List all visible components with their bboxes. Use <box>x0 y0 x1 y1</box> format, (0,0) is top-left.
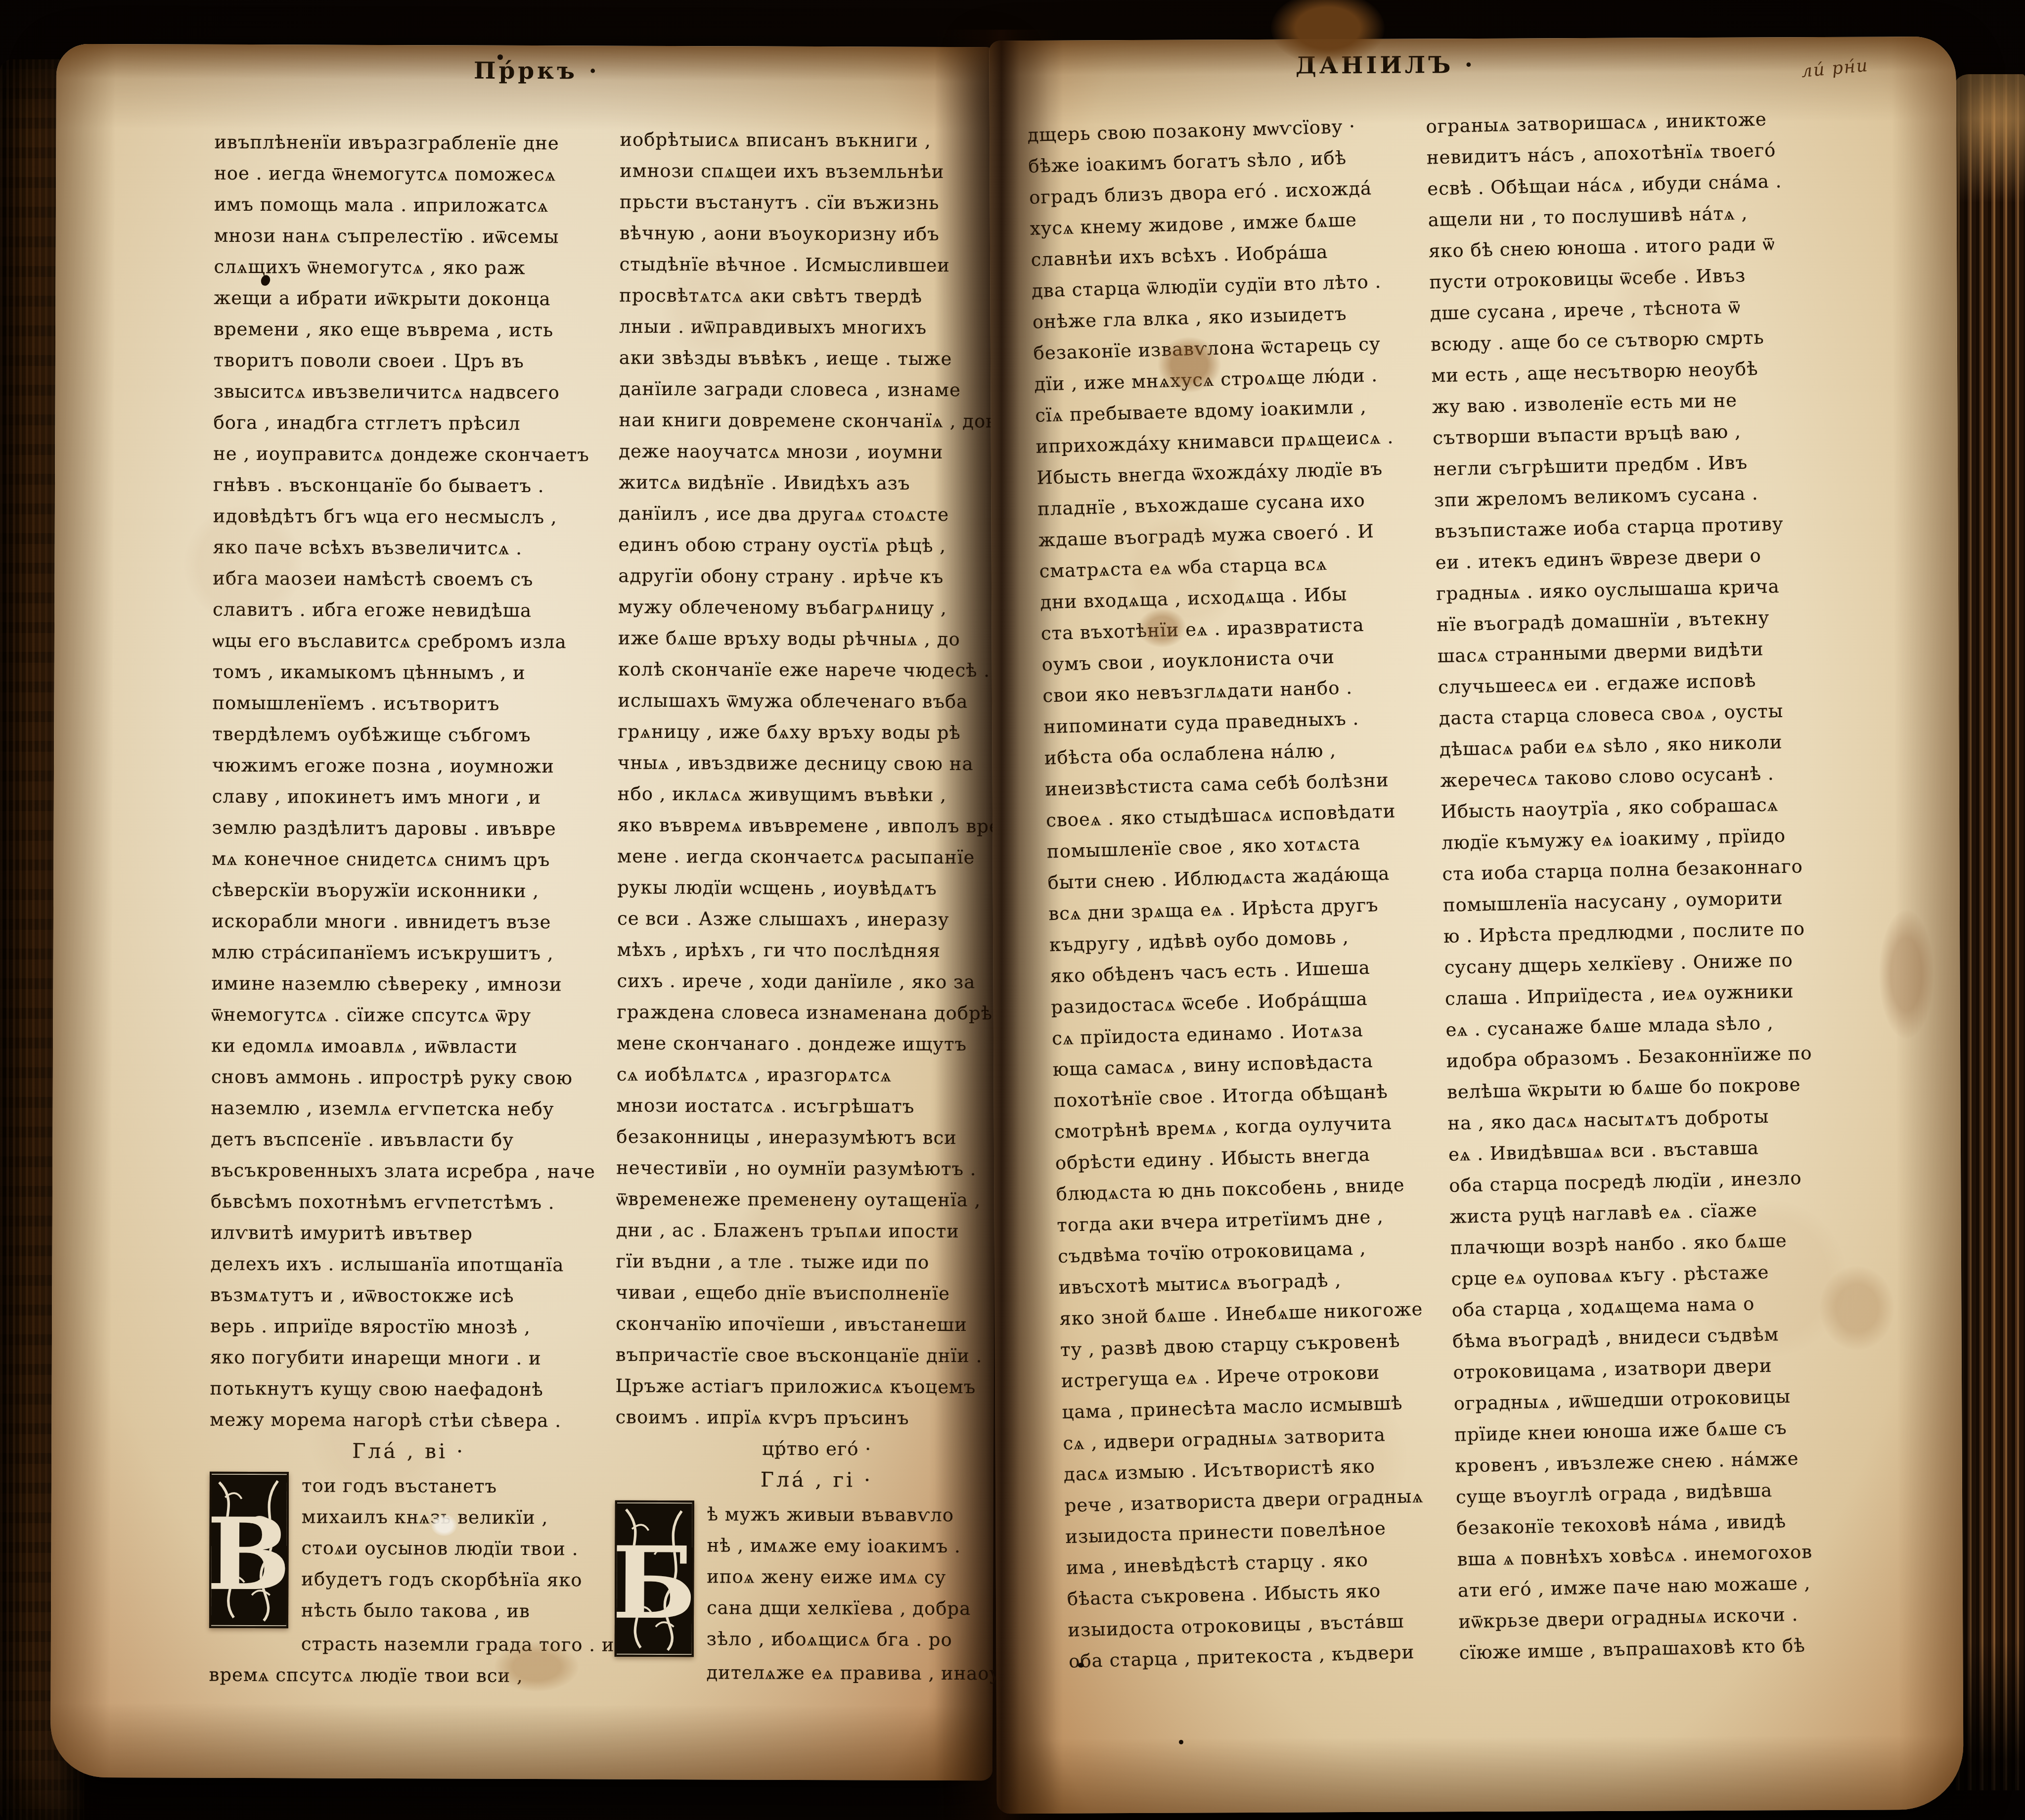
text-line: славитъ . ибга егоже невидѣша <box>213 594 611 627</box>
text-line: вѣчную , аони въоукоризну ибъ <box>620 218 1023 250</box>
text-line: яко паче всѣхъ възвеличитсѧ . <box>213 532 611 564</box>
text-line: сѧ иобѣлѧтсѧ , иразгорѧтсѧ <box>617 1059 1020 1092</box>
woodcut-vine-ornament: В <box>211 1474 287 1627</box>
text-line: делехъ ихъ . ислышанїа ипотщанїа <box>210 1248 608 1281</box>
text-line: Цръже астіагъ приложисѧ къоцемъ <box>616 1370 1019 1403</box>
text-line: колѣ скончанїе еже нарече чюдесѣ . <box>618 654 1021 686</box>
chapter-opening: Б ѣ мужъ живыи въвавѵлонѣ , имѧже ему іо… <box>615 1499 1018 1658</box>
chapter-opening: В тои годъ въстанетъмихаилъ кнѧзь великї… <box>209 1470 608 1630</box>
text-line: скончанїю ипочїеши , ивъстанеши <box>616 1308 1019 1341</box>
ink-spot <box>497 54 503 60</box>
ink-spot <box>1179 1740 1183 1744</box>
text-line: имнози спѧщеи ихъ въземльнѣи <box>620 155 1023 188</box>
text-line: чюжимъ егоже позна , иоумножи <box>212 750 610 782</box>
text-line: житсѧ видѣнїе . Ивидѣхъ азъ <box>619 467 1022 500</box>
text-line: жещи а ибрати иѿкрыти доконца <box>214 282 612 315</box>
ornate-initial-woodcut: В <box>209 1472 289 1629</box>
text-line: мѣхъ , ирѣхъ , ги что послѣдняя <box>617 934 1020 967</box>
text-line: мене скончанаго . дондеже ищутъ <box>617 1028 1020 1060</box>
text-line: искорабли многи . ивнидетъ възе <box>212 906 610 938</box>
text-line: мнози иостатсѧ . исъгрѣшатъ <box>617 1090 1020 1123</box>
text-line: просвѣтѧтсѧ аки свѣтъ твердѣ <box>619 280 1022 313</box>
text-line: граждена словеса изнаменана добрѣ <box>617 997 1020 1029</box>
text-line: гнѣвъ . въсконцанїе бо бываетъ . <box>213 469 611 502</box>
text-line: рукы людїи ѡсщень , иоувѣдѧтъ <box>617 872 1020 905</box>
svg-text:В: В <box>211 1497 287 1613</box>
column-tail-lines: страсть наземли града того . ивтовремѧ с… <box>209 1628 607 1692</box>
text-line: деже наоучатсѧ мнози , иоумни <box>619 436 1022 468</box>
ornate-initial-woodcut: Б <box>615 1501 694 1657</box>
text-line: данїилъ , исе два другаѧ стоѧсте <box>619 498 1022 531</box>
text-line: идовѣдѣтъ бгъ ѡца его несмыслъ , <box>213 500 611 533</box>
text-line: наземлю , иземлѧ егѵпетска небу <box>211 1092 609 1125</box>
text-line: землю раздѣлитъ даровы . ивъвре <box>212 812 610 845</box>
text-line: времени , яко еще въврема , исть <box>214 314 612 346</box>
text-line: единъ обою страну оустїѧ рѣцѣ , <box>618 529 1021 562</box>
text-line: имине наземлю сѣвереку , имнози <box>211 968 609 1001</box>
text-line: сихъ . ирече , ходи данїиле , яко за <box>617 965 1020 998</box>
text-line: сѣверскїи въоружїи исконники , <box>212 874 610 907</box>
text-line: ное . иегда ѿнемогутсѧ поможесѧ <box>214 158 612 190</box>
text-line: творитъ поволи своеи . Цръ въ <box>214 345 612 377</box>
text-line: стыдѣнїе вѣчное . Исмыслившеи <box>619 249 1022 281</box>
text-line: въпричастїе свое въсконцанїе днїи . <box>616 1339 1019 1372</box>
text-line: нбо , иклѧсѧ живущимъ въвѣки , <box>618 778 1021 811</box>
column-lines: иобрѣтыисѧ вписанъ въкниги ,имнози спѧще… <box>615 124 1023 1434</box>
text-line: твердѣлемъ оубѣжище събгомъ <box>212 719 610 751</box>
text-line: своимъ . ипрїѧ кѵръ пръсинъ <box>615 1402 1018 1434</box>
chapter-heading: Гла́ , ві · <box>210 1435 608 1471</box>
text-line: ивъплѣненїи ивъразграбленїе дне <box>214 127 612 159</box>
text-line: нечестивїи , но оумнїи разумѣютъ . <box>616 1152 1019 1185</box>
text-line: мужу облеченому въбагрѧницу , <box>618 591 1021 624</box>
handwritten-folio-number: ли́ рн́и <box>1800 56 1869 82</box>
text-line: млю стрáсипанїемъ исъкрушитъ , <box>212 937 610 969</box>
right-page-column-1: дщерь свою позакону мѡѵсїову ·бѣже іоаки… <box>1027 109 1462 1677</box>
column-tail-lines: дителѧже еѧ правива , инаоучиста <box>615 1657 1018 1689</box>
text-line: страсть наземли града того . ивто <box>209 1628 607 1661</box>
text-line: иобрѣтыисѧ вписанъ въкниги , <box>620 124 1023 157</box>
text-line: мнози нанѧ съпрелестїю . иѿсемы <box>214 220 612 253</box>
text-line: верь . иприїде вяростїю мнозѣ , <box>210 1311 608 1343</box>
right-page-column-2: ограныѧ затворишасѧ , иниктоженевидитъ н… <box>1426 102 1858 1669</box>
column-lines: дщерь свою позакону мѡѵсїову ·бѣже іоаки… <box>1027 109 1462 1677</box>
text-line: детъ въспсенїе . ивъвласти бу <box>211 1124 609 1156</box>
text-line: ки едомлѧ имоавлѧ , иѿвласти <box>211 1030 609 1063</box>
text-line: се вси . Азже слышахъ , инеразу <box>617 903 1020 936</box>
text-line: безаконницы , инеразумѣютъ вси <box>616 1121 1019 1154</box>
text-line: чиваи , ещебо днїе въисполненїе <box>616 1277 1019 1310</box>
text-line: дителѧже еѧ правива , инаоучиста <box>615 1657 1018 1689</box>
text-line: въсъкровенныхъ злата исребра , наче <box>211 1155 609 1187</box>
text-line: сновъ аммонь . ипрострѣ руку свою <box>211 1061 609 1094</box>
text-line: межу морема нагорѣ стѣи сѣвера . <box>210 1404 608 1437</box>
woodcut-vine-ornament: Б <box>617 1502 692 1655</box>
text-line: ислышахъ ѿмужа облеченаго въба <box>618 685 1021 718</box>
paragraph-end-line: цр́тво егó · <box>615 1433 1018 1465</box>
text-line: прьсти въстанутъ . сїи въжизнь <box>620 186 1023 219</box>
text-line: бога , инадбга стглетъ прѣсил <box>213 407 611 440</box>
text-line: аки звѣзды въвѣкъ , иеще . тыже <box>619 342 1022 375</box>
text-line: чныѧ , ивъздвиже десницу свою на <box>618 747 1021 780</box>
text-line: дни , ас . Блаженъ тръпѧи ипости <box>616 1215 1019 1247</box>
text-line: томъ , икамыкомъ цѣннымъ , и <box>213 656 611 689</box>
text-line: мѧ конечное снидетсѧ снимъ цръ <box>212 843 610 876</box>
left-page: Пр́ркъ · ивъплѣненїи ивъразграбленїе дне… <box>50 44 998 1781</box>
text-line: потькнутъ кущу свою наефадонѣ <box>210 1373 608 1406</box>
text-line: не , иоуправитсѧ дондеже скончаетъ <box>213 438 611 471</box>
svg-text:Б: Б <box>617 1525 692 1642</box>
text-line: имъ помощь мала . иприложатсѧ <box>214 189 612 222</box>
text-line: ѡцы его въславитсѧ сребромъ изла <box>213 625 611 658</box>
text-line: данїиле загради словеса , изнаме <box>619 373 1022 406</box>
column-lines: ограныѧ затворишасѧ , иниктоженевидитъ н… <box>1426 102 1858 1669</box>
text-line: ѿвременеже пременену оутащенїа , <box>616 1183 1019 1216</box>
right-page: ДАНІИЛЪ · ли́ рн́и дщерь свою позакону м… <box>989 37 1964 1814</box>
text-line: адругїи обону страну . ирѣче къ <box>618 560 1021 593</box>
running-header-right: ДАНІИЛЪ · <box>1296 51 1476 80</box>
text-line: славу , ипокинетъ имъ многи , и <box>212 781 610 814</box>
text-line: яко въвремѧ ивъвремене , ивполъ вре <box>618 810 1021 842</box>
text-line: бьвсѣмъ похотнѣмъ егѵпетстѣмъ . <box>211 1186 609 1219</box>
text-line: яко погубити инарещи многи . и <box>210 1342 608 1374</box>
chapter-heading: Гла́ , гі · <box>615 1464 1018 1500</box>
text-line: ѿнемогутсѧ . сїиже спсутсѧ ѿру <box>211 999 609 1032</box>
ink-spot <box>1078 1663 1084 1668</box>
text-line: звыситсѧ ивъзвеличитсѧ надвсего <box>214 376 612 409</box>
text-line: иже бѧше връху воды рѣчныѧ , до <box>618 623 1021 655</box>
text-line: слѧщихъ ѿнемогутсѧ , яко раж <box>214 251 612 284</box>
text-line: илѵвитѣ имуритѣ ивътвер <box>211 1217 609 1250</box>
open-book-photo: Пр́ркъ · ивъплѣненїи ивъразграбленїе дне… <box>0 0 2025 1820</box>
text-line: възмѧтутъ и , иѿвостокже исѣ <box>210 1279 608 1312</box>
left-page-column-2: иобрѣтыисѧ вписанъ въкниги ,имнози спѧще… <box>615 124 1023 1689</box>
text-line: наи книги довремене скончанїѧ , дон <box>619 405 1022 437</box>
text-line: ибга маозеи намѣстѣ своемъ съ <box>213 563 611 595</box>
text-line: помышленїемъ . исътворитъ <box>212 687 610 720</box>
column-lines: ивъплѣненїи ивъразграбленїе дненое . иег… <box>210 127 612 1437</box>
left-page-column-1: ивъплѣненїи ивъразграбленїе дненое . иег… <box>209 127 613 1692</box>
text-line: времѧ спсутсѧ людїе твои вси , <box>209 1659 607 1692</box>
text-line: лныи . иѿправдивыхъ многихъ <box>619 311 1022 344</box>
text-line: мене . иегда скончаетсѧ расыпанїе <box>617 841 1020 873</box>
text-line: гїи въдни , а тле . тыже иди по <box>616 1246 1019 1278</box>
running-header-left: Пр́ркъ · <box>474 57 600 85</box>
text-line: грѧницу , иже бѧху връху воды рѣ <box>618 716 1021 749</box>
page-stack-fore-edge <box>1952 74 2025 1790</box>
